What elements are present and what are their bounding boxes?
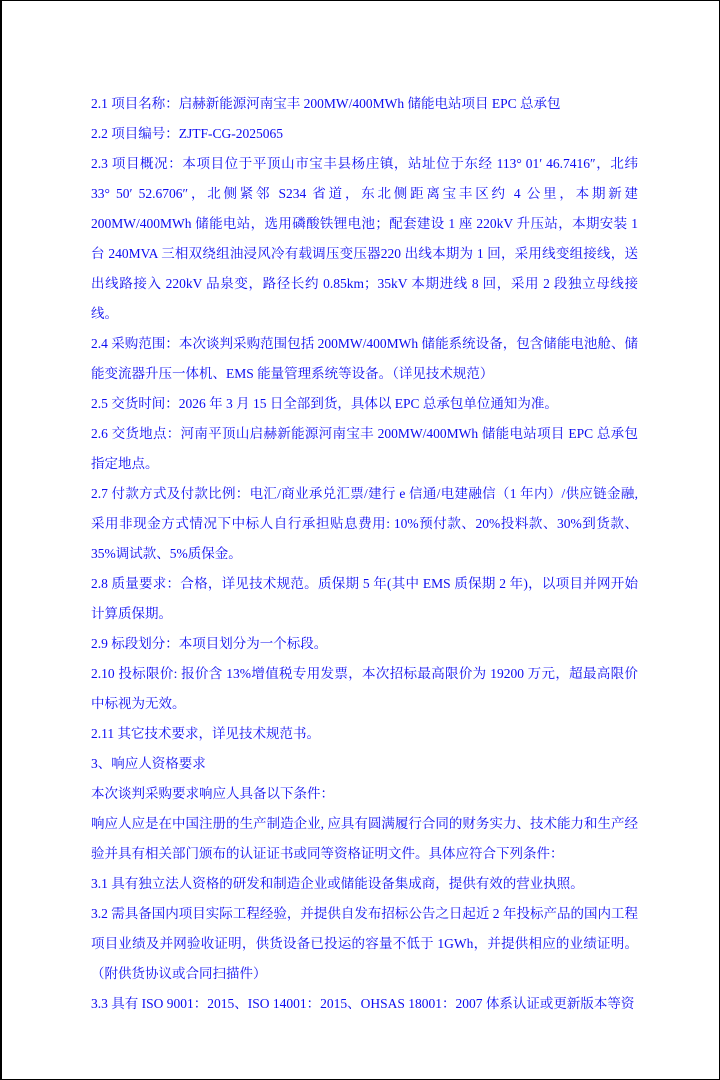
document-paragraph: 2.4 采购范围：本次谈判采购范围包括 200MW/400MWh 储能系统设备，… [91,329,638,389]
document-paragraph: 3.3 具有 ISO 9001：2015、ISO 14001：2015、OHSA… [91,989,638,1019]
document-paragraph: 2.10 投标限价: 报价含 13%增值税专用发票，本次招标最高限价为 1920… [91,659,638,719]
document-paragraph: 2.7 付款方式及付款比例：电汇/商业承兑汇票/建行 e 信通/电建融信（1 年… [91,479,638,569]
document-paragraph: 3、响应人资格要求 [91,749,638,779]
document-page: 2.1 项目名称：启赫新能源河南宝丰 200MW/400MWh 储能电站项目 E… [0,0,720,1080]
document-paragraph: 2.6 交货地点：河南平顶山启赫新能源河南宝丰 200MW/400MWh 储能电… [91,419,638,479]
document-paragraph: 响应人应是在中国注册的生产制造企业, 应具有圆满履行合同的财务实力、技术能力和生… [91,809,638,869]
document-paragraph: 2.11 其它技术要求，详见技术规范书。 [91,719,638,749]
document-paragraph: 本次谈判采购要求响应人具备以下条件： [91,779,638,809]
document-paragraph: 2.8 质量要求：合格，详见技术规范。质保期 5 年(其中 EMS 质保期 2 … [91,569,638,629]
document-text-block: 2.1 项目名称：启赫新能源河南宝丰 200MW/400MWh 储能电站项目 E… [91,89,638,1019]
document-paragraph: 2.5 交货时间：2026 年 3 月 15 日全部到货，具体以 EPC 总承包… [91,389,638,419]
document-paragraph: 3.1 具有独立法人资格的研发和制造企业或储能设备集成商，提供有效的营业执照。 [91,869,638,899]
document-paragraph: 2.2 项目编号：ZJTF-CG-2025065 [91,119,638,149]
document-paragraph: 2.9 标段划分：本项目划分为一个标段。 [91,629,638,659]
document-paragraph: 2.1 项目名称：启赫新能源河南宝丰 200MW/400MWh 储能电站项目 E… [91,89,638,119]
document-paragraph: 3.2 需具备国内项目实际工程经验，并提供自发布招标公告之日起近 2 年投标产品… [91,899,638,989]
document-paragraph: 2.3 项目概况：本项目位于平顶山市宝丰县杨庄镇，站址位于东经 113° 01′… [91,149,638,329]
